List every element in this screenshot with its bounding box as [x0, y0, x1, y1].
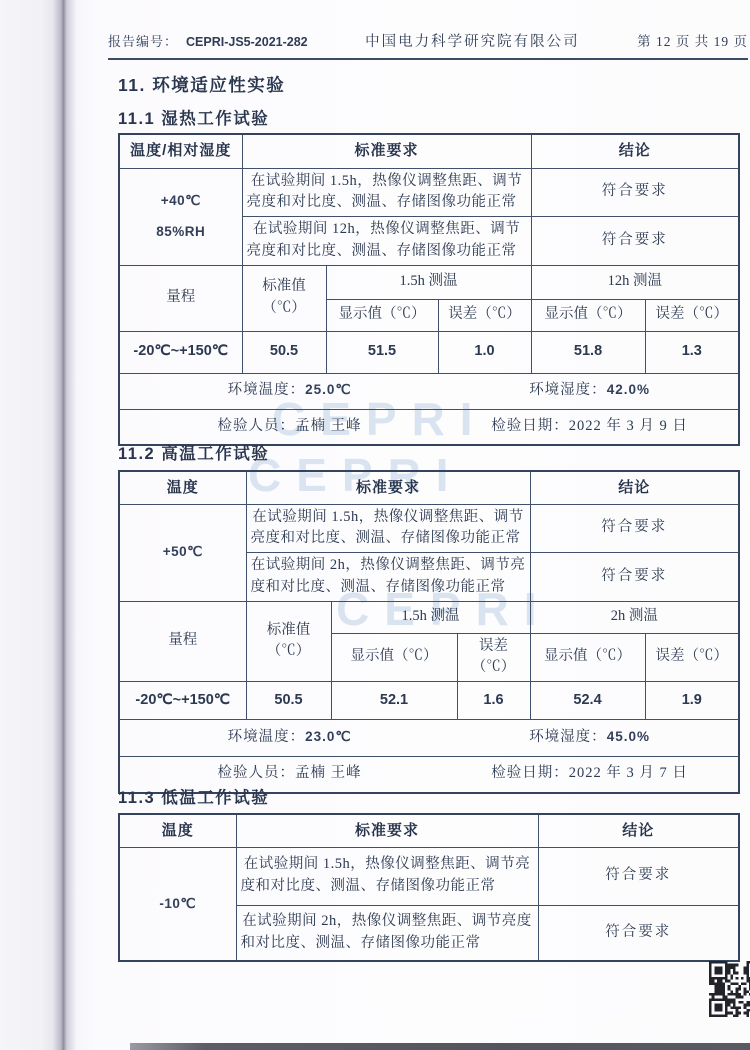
requirement-cell: 在试验期间 2h，热像仪调整焦距、调节亮度和对比度、测温、存储图像功能正常 [236, 905, 538, 961]
environment-row: 环境温度：23.0℃ 环境湿度：45.0% [119, 720, 739, 757]
env-temp-label: 环境温度： [228, 382, 306, 398]
report-no-value: CEPRI-JS5-2021-282 [186, 35, 308, 49]
inspector-label: 检验人员： [217, 418, 295, 434]
organization-name: 中国电力科学研究院有限公司 [308, 30, 638, 51]
conclusion-cell: 符合要求 [530, 504, 739, 553]
error-value-1-5h: 1.0 [438, 331, 531, 373]
subheader-display: 显示值（℃） [331, 633, 457, 682]
standard-value: 50.5 [242, 331, 326, 373]
page-number: 第 12 页 共 19 页 [637, 30, 748, 50]
subheader-error: 误差（℃） [645, 633, 739, 682]
group-header-1-5h: 1.5h 测温 [326, 265, 531, 299]
conclusion-cell: 符合要求 [538, 905, 739, 961]
error-value-12h: 1.3 [645, 331, 739, 373]
env-temp-value: 23.0℃ [305, 729, 351, 744]
condition-humidity: 85%RH [124, 222, 238, 242]
date-value: 2022 年 3 月 7 日 [569, 765, 688, 781]
condition-cell: +50℃ [119, 504, 246, 601]
env-humidity-label: 环境湿度： [529, 382, 607, 398]
col-header-requirement: 标准要求 [236, 814, 538, 847]
requirement-cell: 在试验期间 1.5h，热像仪调整焦距、调节亮度和对比度、测温、存储图像功能正常 [246, 504, 530, 553]
condition-cell: +40℃ 85%RH [119, 168, 242, 265]
range-header: 量程 [119, 601, 246, 682]
table-high-temp-test: 温度 标准要求 结论 +50℃ 在试验期间 1.5h，热像仪调整焦距、调节亮度和… [118, 470, 740, 794]
subheader-error: 误差（℃） [645, 299, 739, 331]
subsection-title-low-temp: 11.3 低温工作试验 [118, 784, 269, 808]
conclusion-cell: 符合要求 [538, 847, 739, 905]
range-header: 量程 [119, 265, 242, 331]
range-value: -20℃~+150℃ [119, 682, 246, 720]
requirement-cell: 在试验期间 1.5h，热像仪调整焦距、调节亮度和对比度、测温、存储图像功能正常 [236, 847, 538, 905]
standard-value: 50.5 [246, 682, 331, 720]
subheader-display: 显示值（℃） [531, 299, 645, 331]
date-label: 检验日期： [491, 418, 569, 434]
env-humidity-label: 环境湿度： [529, 729, 607, 745]
inspector-label: 检验人员： [217, 765, 295, 781]
subheader-display: 显示值（℃） [530, 633, 645, 682]
standard-value-line1: 标准值 [247, 276, 322, 298]
col-header-condition: 温度 [119, 814, 236, 847]
env-temp-value: 25.0℃ [305, 382, 351, 397]
group-header-1-5h: 1.5h 测温 [331, 601, 530, 633]
error-value-2h: 1.9 [645, 682, 739, 720]
group-header-2h: 2h 测温 [530, 601, 739, 633]
conclusion-cell: 符合要求 [531, 217, 739, 266]
standard-value-header: 标准值 （℃） [242, 265, 326, 331]
col-header-conclusion: 结论 [531, 134, 739, 168]
env-temp-label: 环境温度： [228, 729, 306, 745]
requirement-cell: 在试验期间 1.5h，热像仪调整焦距、调节亮度和对比度、测温、存储图像功能正常 [242, 168, 531, 217]
report-no-label: 报告编号： [108, 31, 178, 50]
table-damp-heat-test: 温度/相对湿度 标准要求 结论 +40℃ 85%RH 在试验期间 1.5h，热像… [118, 133, 740, 446]
qr-code-icon [709, 961, 750, 1017]
col-header-requirement: 标准要求 [242, 134, 531, 168]
section-title: 11. 环境适应性实验 [118, 72, 285, 97]
env-humidity-value: 45.0% [607, 729, 650, 744]
inspector-names: 孟楠 王峰 [295, 765, 362, 781]
col-header-conclusion: 结论 [530, 471, 739, 504]
condition-temp: +50℃ [124, 542, 242, 562]
col-header-condition: 温度 [119, 471, 246, 504]
col-header-requirement: 标准要求 [246, 471, 530, 504]
date-label: 检验日期： [491, 765, 569, 781]
date-value: 2022 年 3 月 9 日 [569, 418, 688, 434]
conclusion-cell: 符合要求 [531, 168, 739, 217]
col-header-conclusion: 结论 [538, 814, 739, 847]
inspector-names: 孟楠 王峰 [295, 418, 362, 434]
display-value-1-5h: 52.1 [331, 682, 457, 720]
subheader-error: 误差（℃） [457, 633, 530, 682]
subsection-title-damp-heat: 11.1 湿热工作试验 [118, 105, 269, 129]
condition-temp: -10℃ [124, 894, 232, 914]
display-value-1-5h: 51.5 [326, 331, 438, 373]
subheader-display: 显示值（℃） [326, 299, 438, 331]
error-value-1-5h: 1.6 [457, 682, 530, 720]
range-value: -20℃~+150℃ [119, 331, 242, 373]
table-low-temp-test: 温度 标准要求 结论 -10℃ 在试验期间 1.5h，热像仪调整焦距、调节亮度和… [118, 813, 740, 962]
requirement-cell: 在试验期间 2h，热像仪调整焦距、调节亮度和对比度、测温、存储图像功能正常 [246, 553, 530, 602]
subsection-title-high-temp: 11.2 高温工作试验 [118, 440, 269, 464]
requirement-cell: 在试验期间 12h，热像仪调整焦距、调节亮度和对比度、测温、存储图像功能正常 [242, 217, 531, 266]
standard-value-line1: 标准值 [251, 620, 327, 642]
group-header-12h: 12h 测温 [531, 265, 739, 299]
conclusion-cell: 符合要求 [530, 553, 739, 602]
standard-value-line2: （℃） [251, 641, 327, 663]
standard-value-header: 标准值 （℃） [246, 601, 331, 682]
env-humidity-value: 42.0% [607, 382, 650, 397]
standard-value-line2: （℃） [247, 298, 322, 320]
page-header: 报告编号： CEPRI-JS5-2021-282 中国电力科学研究院有限公司 第… [108, 30, 748, 60]
display-value-2h: 52.4 [530, 682, 645, 720]
subheader-error: 误差（℃） [438, 299, 531, 331]
scan-edge-shadow [130, 1043, 750, 1050]
environment-row: 环境温度：25.0℃ 环境湿度：42.0% [119, 373, 739, 409]
condition-cell: -10℃ [119, 847, 236, 961]
col-header-condition: 温度/相对湿度 [119, 134, 242, 168]
display-value-12h: 51.8 [531, 331, 645, 373]
condition-temp: +40℃ [124, 191, 238, 211]
